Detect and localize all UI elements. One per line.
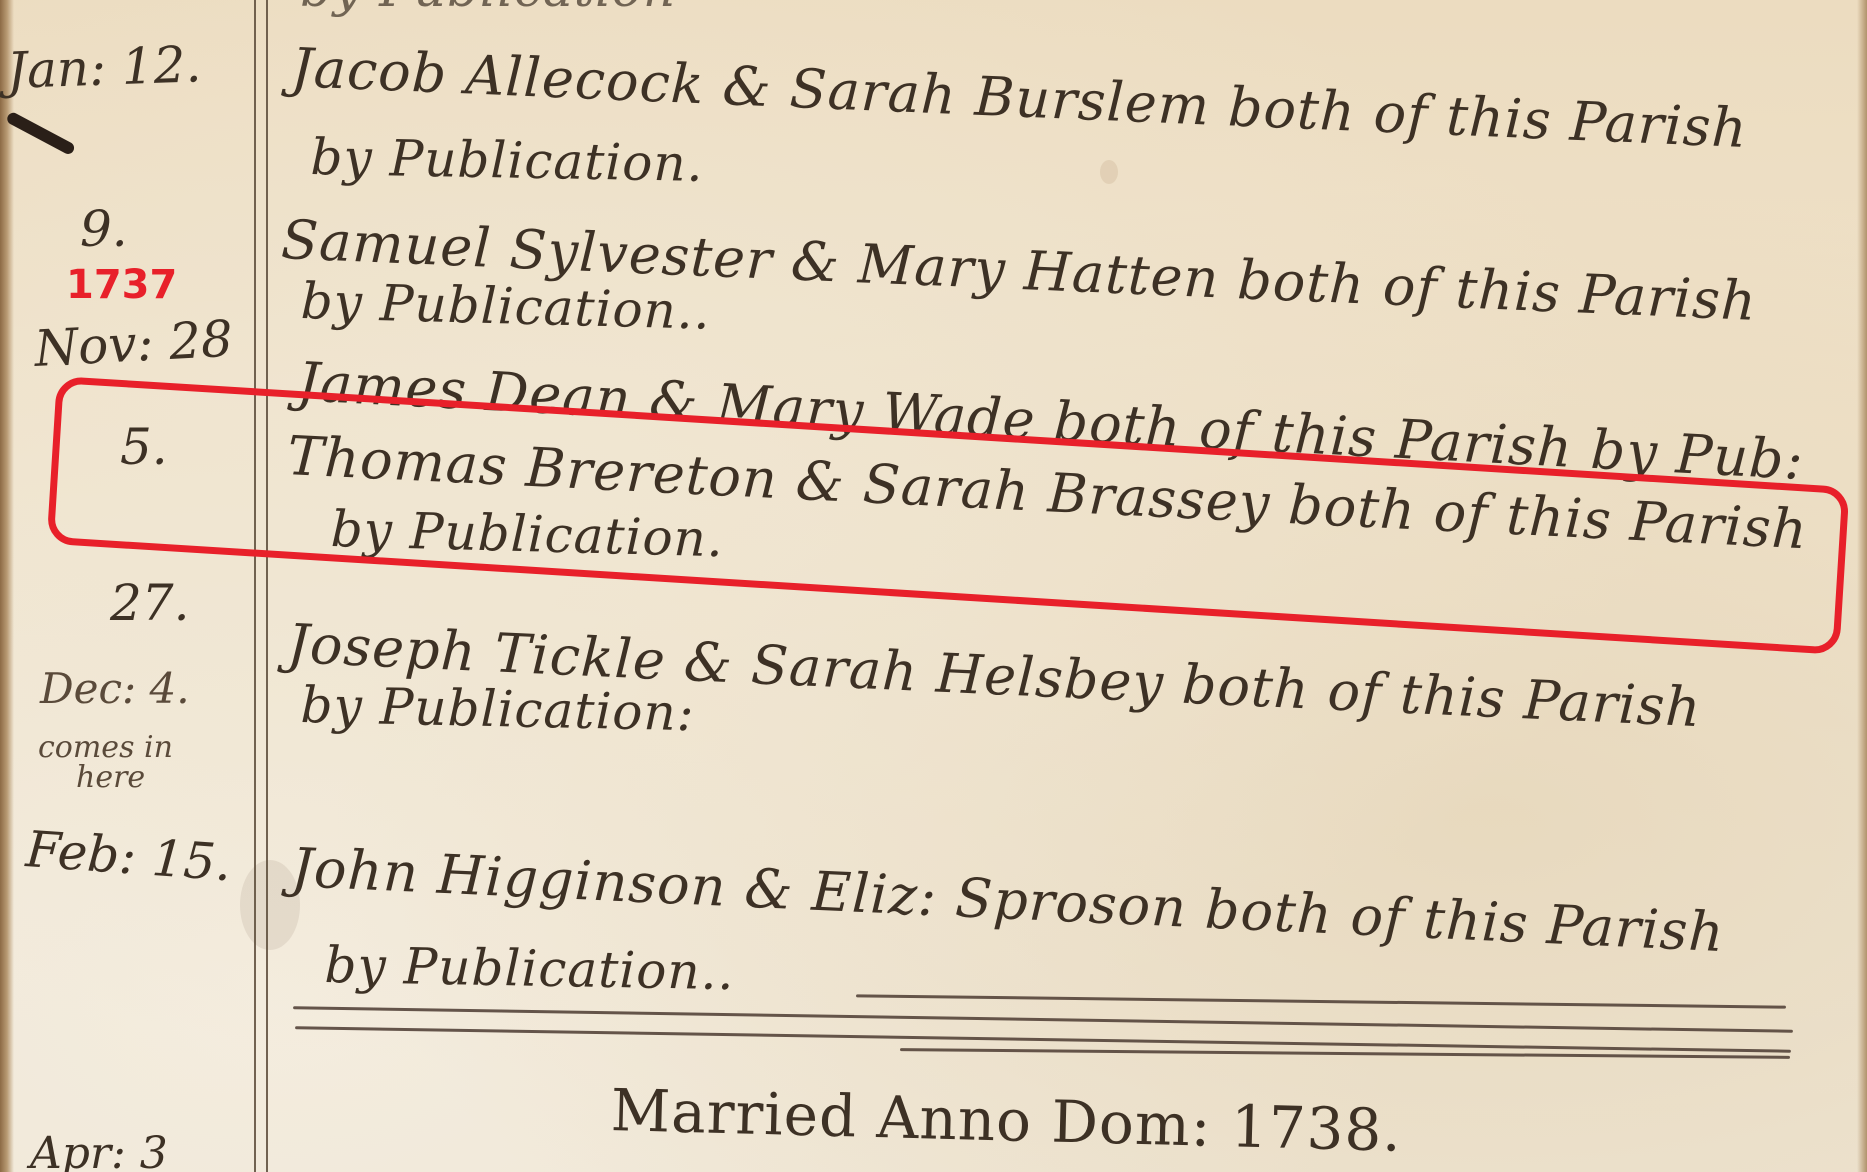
entry-date: Jan: 12. — [6, 35, 202, 100]
margin-rule-outer — [254, 0, 256, 1172]
page-edge-right — [1857, 0, 1867, 1172]
entry-date: Dec: 4. — [40, 664, 190, 713]
entry-publication: by Publication.. — [300, 272, 711, 341]
entry-publication: by Publication. — [310, 128, 704, 193]
margin-note-line2: here — [76, 760, 145, 795]
page-edge-left — [0, 0, 14, 1172]
year-annotation: 1737 — [66, 262, 177, 308]
entry-publication: by Publication.. — [324, 936, 735, 1001]
entry-date: Nov: 28 — [33, 310, 234, 378]
register-page: by Publication Jan: 12. Jacob Allecock &… — [0, 0, 1867, 1172]
entry-fragment-top: by Publication — [300, 0, 676, 18]
entry-date: Feb: 15. — [24, 820, 233, 892]
entry-end-line — [856, 994, 1786, 1008]
entry-date: 27. — [110, 574, 190, 632]
entry-date: 9. — [80, 200, 128, 258]
entry-publication: by Publication: — [300, 676, 695, 742]
ink-blot-mark — [5, 111, 76, 156]
margin-rule-inner — [266, 0, 268, 1172]
paper-stain — [1100, 160, 1118, 184]
next-section-date: Apr: 3 — [30, 1128, 168, 1172]
section-heading: Married Anno Dom: 1738. — [610, 1076, 1403, 1165]
